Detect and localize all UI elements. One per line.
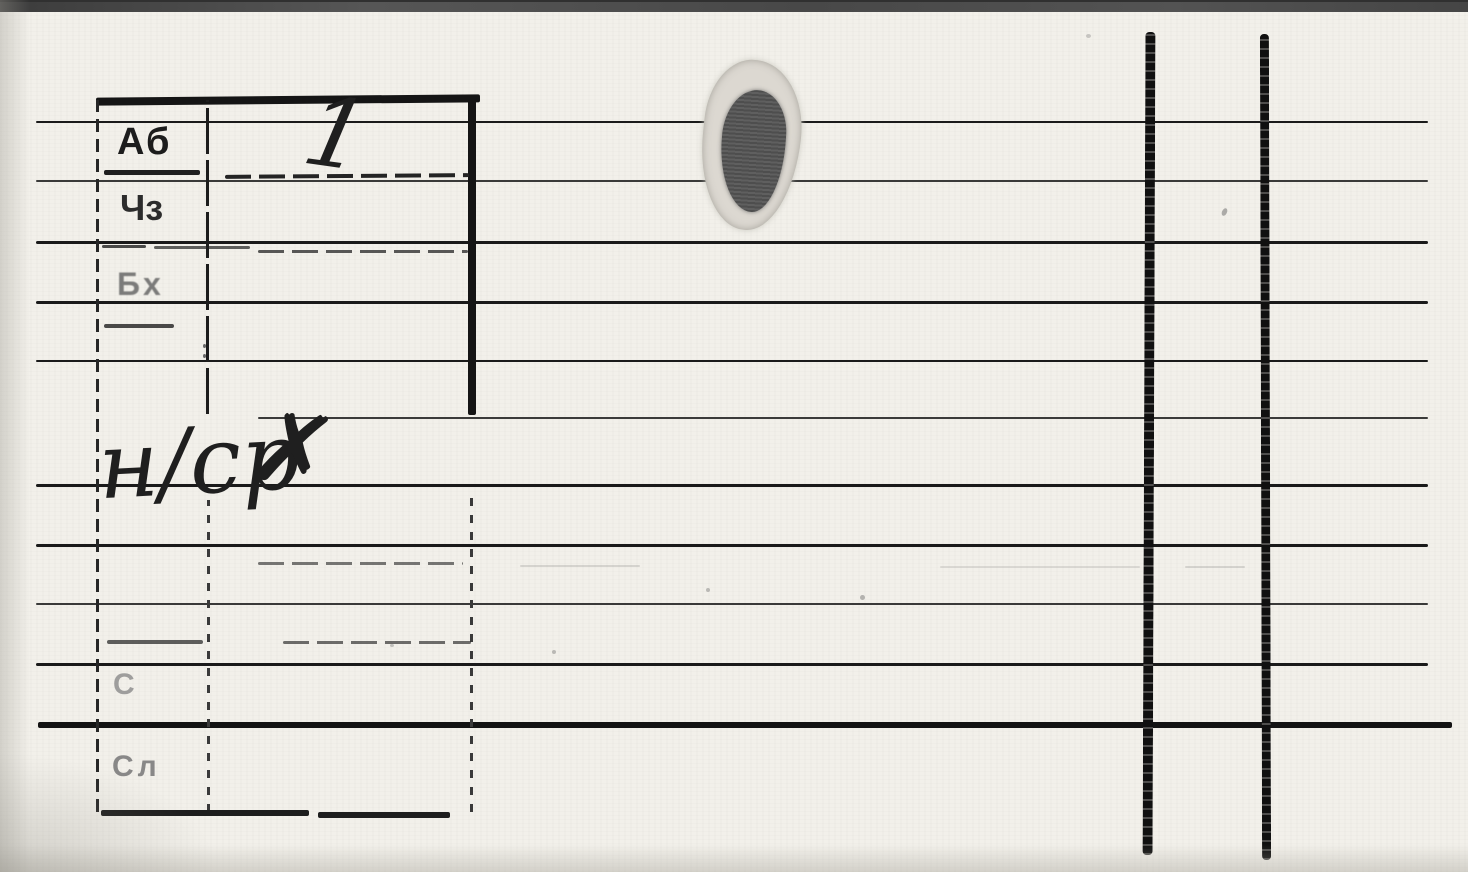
x-mark: ✗ xyxy=(244,393,344,506)
ruled-line xyxy=(36,544,1428,547)
vertical-rule-right xyxy=(1260,34,1271,860)
dash-mark xyxy=(154,246,250,249)
table-right-border xyxy=(468,99,476,415)
table-bottom-border xyxy=(318,812,450,818)
ruled-line xyxy=(258,417,1428,419)
row-label-s: С xyxy=(113,670,135,700)
table-column-divider xyxy=(206,100,209,414)
ruled-line xyxy=(36,603,1428,605)
vertical-rule-left xyxy=(1143,32,1156,855)
speck xyxy=(552,650,556,654)
ruled-line-thick xyxy=(38,722,1452,728)
dash-mark xyxy=(258,562,463,565)
ruled-line xyxy=(36,301,1428,304)
paper-edge xyxy=(0,844,1468,872)
speck xyxy=(203,344,206,348)
ruled-line xyxy=(36,360,1428,362)
ruled-line xyxy=(36,241,1428,244)
dash-mark xyxy=(104,324,174,328)
faint-trace xyxy=(520,565,640,567)
row-label-chz: Чз xyxy=(120,190,163,226)
scanned-card: Аб Чз Бх С Сл 1 н/ср ✗ xyxy=(0,0,1468,872)
dash-mark xyxy=(225,173,469,179)
faint-trace xyxy=(1185,566,1245,568)
dash-mark xyxy=(104,170,200,175)
faint-trace xyxy=(940,566,1140,568)
speck xyxy=(1086,34,1091,38)
paper-edge xyxy=(0,752,220,872)
dash-mark xyxy=(107,640,203,644)
row-label-ab: Аб xyxy=(117,123,171,161)
row-label-bh: Бх xyxy=(117,268,164,300)
speck xyxy=(706,588,710,592)
dash-mark xyxy=(283,641,471,644)
paper-edge xyxy=(0,0,30,872)
speck xyxy=(203,354,206,358)
speck xyxy=(1221,207,1229,216)
ruled-line xyxy=(36,663,1428,666)
speck xyxy=(860,595,865,600)
scanner-edge-bar xyxy=(0,0,1468,12)
dash-mark xyxy=(258,250,468,253)
speck xyxy=(390,644,394,647)
dash-mark xyxy=(102,245,146,248)
table-right-border-lower xyxy=(470,490,473,812)
table-top-border xyxy=(96,94,480,105)
